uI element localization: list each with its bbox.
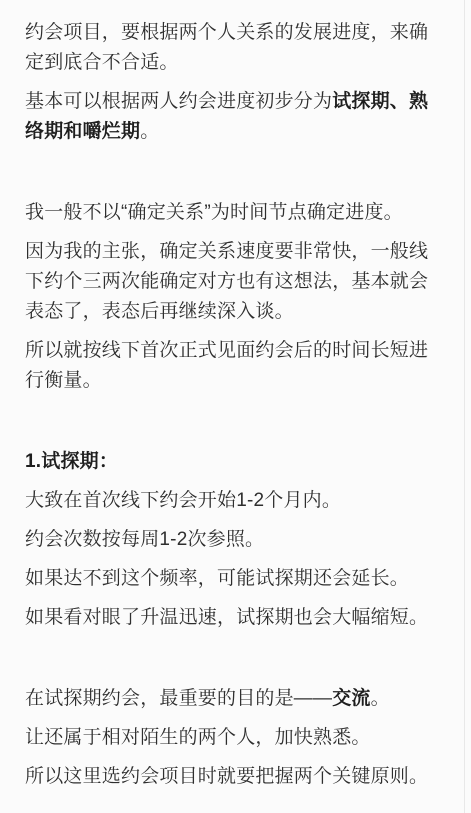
paragraph-stage1-4: 如果看对眼了升温迅速，试探期也会大幅缩短。 <box>25 603 445 633</box>
paragraph-intro-2-suffix: 。 <box>140 121 159 142</box>
paragraph-stage1-2: 约会次数按每周1-2次参照。 <box>25 525 445 555</box>
paragraph-intro-2: 基本可以根据两人约会进度初步分为试探期、熟络期和嚼烂期。 <box>25 87 445 147</box>
article-content: 约会项目，要根据两个人关系的发展进度，来确定到底合不合适。 基本可以根据两人约会… <box>0 0 471 792</box>
paragraph-purpose-1: 在试探期约会，最重要的目的是——交流。 <box>25 684 445 714</box>
paragraph-timing-3: 所以就按线下首次正式见面约会后的时间长短进行衡量。 <box>25 336 445 396</box>
section-gap-1 <box>25 156 445 198</box>
paragraph-purpose-1-suffix: 。 <box>371 688 390 709</box>
paragraph-purpose-1-prefix: 在试探期约会，最重要的目的是—— <box>25 688 332 709</box>
section-gap-3 <box>25 642 445 684</box>
heading-stage-1: 1.试探期： <box>25 447 445 477</box>
article-page: 约会项目，要根据两个人关系的发展进度，来确定到底合不合适。 基本可以根据两人约会… <box>0 0 471 813</box>
paragraph-stage1-3: 如果达不到这个频率，可能试探期还会延长。 <box>25 564 445 594</box>
paragraph-purpose-1-bold: 交流 <box>332 688 370 709</box>
paragraph-stage1-1: 大致在首次线下约会开始1-2个月内。 <box>25 486 445 516</box>
paragraph-intro-1: 约会项目，要根据两个人关系的发展进度，来确定到底合不合适。 <box>25 18 445 78</box>
paragraph-intro-2-prefix: 基本可以根据两人约会进度初步分为 <box>25 91 332 112</box>
paragraph-timing-1: 我一般不以“确定关系”为时间节点确定进度。 <box>25 198 445 228</box>
paragraph-timing-2: 因为我的主张，确定关系速度要非常快，一般线下约个三两次能确定对方也有这想法，基本… <box>25 237 445 327</box>
section-gap-2 <box>25 405 445 447</box>
paragraph-purpose-2: 让还属于相对陌生的两个人，加快熟悉。 <box>25 723 445 753</box>
right-edge-divider <box>464 0 465 813</box>
paragraph-purpose-3: 所以这里选约会项目时就要把握两个关键原则。 <box>25 762 445 792</box>
